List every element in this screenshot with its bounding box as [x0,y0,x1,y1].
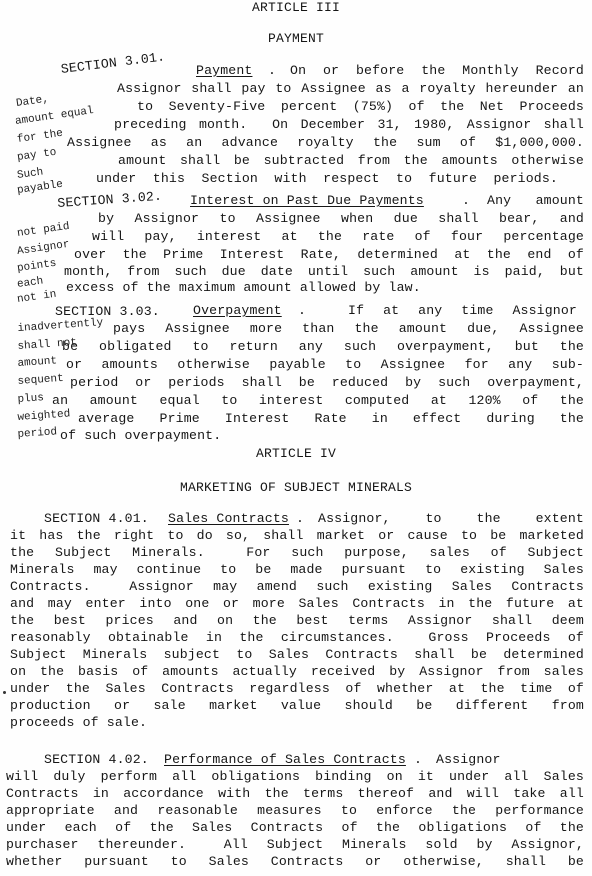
section-heading: Sales Contracts [168,511,289,527]
paragraph-line: Assignor shall pay to Assignee as a roya… [117,81,584,97]
paragraph-line: of such overpayment. [60,428,221,444]
margin-fragment: payable [16,179,63,197]
paragraph-line: proceeds of sale. [10,715,147,731]
margin-fragment: not in [16,289,57,306]
paragraph-line: the Subject Minerals. For such purpose, … [10,545,584,561]
section-number: SECTION 3.03. [55,304,160,320]
paragraph-line: and may enter into one or more Sales Con… [10,596,584,612]
article-4-subtitle: MARKETING OF SUBJECT MINERALS [0,480,592,495]
paragraph-line: Contracts. Assignor may amend such exist… [10,579,584,595]
section-period: . [462,193,470,209]
paragraph-line: Subject Minerals subject to Sales Contra… [10,647,584,663]
margin-fragment: pay to [16,147,57,164]
section-heading: Interest on Past Due Payments [190,193,424,209]
paragraph-line: If at any time Assignor [348,303,577,319]
paragraph-line: excess of the maximum amount allowed by … [66,280,418,296]
paragraph-line: will pay, interest at the rate of four p… [92,229,584,245]
document-page: ARTICLE III PAYMENT SECTION 3.01. Paymen… [0,0,592,876]
paragraph-line: appropriate and reasonable measures to e… [6,803,584,819]
paragraph-line: Contracts in accordance with the terms t… [6,786,584,802]
paragraph-line: over the Prime Interest Rate, determined… [74,247,584,263]
margin-fragment: points [16,258,57,275]
section-number: SECTION 4.02. [44,752,149,768]
section-period: . [414,752,422,768]
paragraph-line: preceding month. On December 31, 1980, A… [114,117,584,133]
paragraph-line: purchaser thereunder. All Subject Minera… [6,837,584,853]
paragraph-line: Assignor [436,752,584,768]
margin-fragment: not paid [16,221,70,240]
section-heading: Performance of Sales Contracts [164,752,406,768]
section-period: . [298,303,306,319]
paragraph-line: under each of the Sales Contracts of the… [6,820,584,836]
margin-fragment: Date, [15,94,49,110]
section-heading: Overpayment [193,303,282,319]
paragraph-line: pays Assignee more than the amount due, … [113,321,584,337]
margin-fragment: period [17,426,57,441]
section-number: SECTION 4.01. [44,511,149,527]
paragraph-line: be obligated to return any such overpaym… [62,339,584,355]
section-period: . [268,63,276,79]
paragraph-line: an amount equal to interest computed at … [52,393,584,409]
section-number: SECTION 3.02. [57,189,163,212]
paragraph-line: Assignee as an advance royalty the sum o… [67,135,584,151]
margin-fragment: Such [16,166,44,182]
paragraph-line: under this Section with respect to futur… [96,171,558,187]
paragraph-line: average Prime Interest Rate in effect du… [78,411,584,427]
margin-fragment: amount [17,355,57,370]
paragraph-line: Minerals may continue to be made pursuan… [10,562,584,578]
section-number: SECTION 3.01. [60,49,166,78]
margin-fragment: sequent [17,373,64,388]
margin-fragment: Assignor [16,239,70,258]
article-4-title: ARTICLE IV [0,446,592,461]
margin-fragment: plus [17,392,44,406]
paragraph-line: reasonably obtainable in the circumstanc… [10,630,584,646]
paragraph-line: by Assignor to Assignee when due shall b… [98,211,584,227]
margin-fragment: for the [16,128,63,146]
paragraph-line: the best prices and on the best terms As… [10,613,584,629]
paragraph-line: it has the right to do so, shall market … [10,528,584,544]
paragraph-line: amount shall be subtracted from the amou… [118,153,584,169]
paragraph-line: whether pursuant to Sales Contracts or o… [6,854,584,870]
article-3-subtitle: PAYMENT [0,31,592,46]
article-3-title: ARTICLE III [0,0,592,15]
paragraph-line: production or sale market value should b… [10,698,584,714]
paragraph-line: or amounts otherwise payable to Assignee… [66,357,584,373]
paragraph-line: Any amount [487,193,584,209]
margin-fragment: inadvertently [17,317,103,335]
section-heading: Payment [196,63,252,79]
margin-fragment: weighted [17,408,71,424]
paragraph-line: On or before the Monthly Record [290,63,584,79]
paragraph-line: Assignor, to the extent [318,511,584,527]
paragraph-line: period or periods shall be reduced by su… [70,375,584,391]
scan-speck [3,691,6,694]
paragraph-line: on the basis of amounts actually receive… [10,664,584,680]
paragraph-line: to Seventy-Five percent (75%) of the Net… [137,99,584,115]
section-period: . [296,511,304,527]
paragraph-line: month, from such due date until such amo… [64,264,584,280]
paragraph-line: will duly perform all obligations bindin… [6,769,584,785]
margin-fragment: each [16,275,44,291]
paragraph-line: under the Sales Contracts regardless of … [10,681,584,697]
